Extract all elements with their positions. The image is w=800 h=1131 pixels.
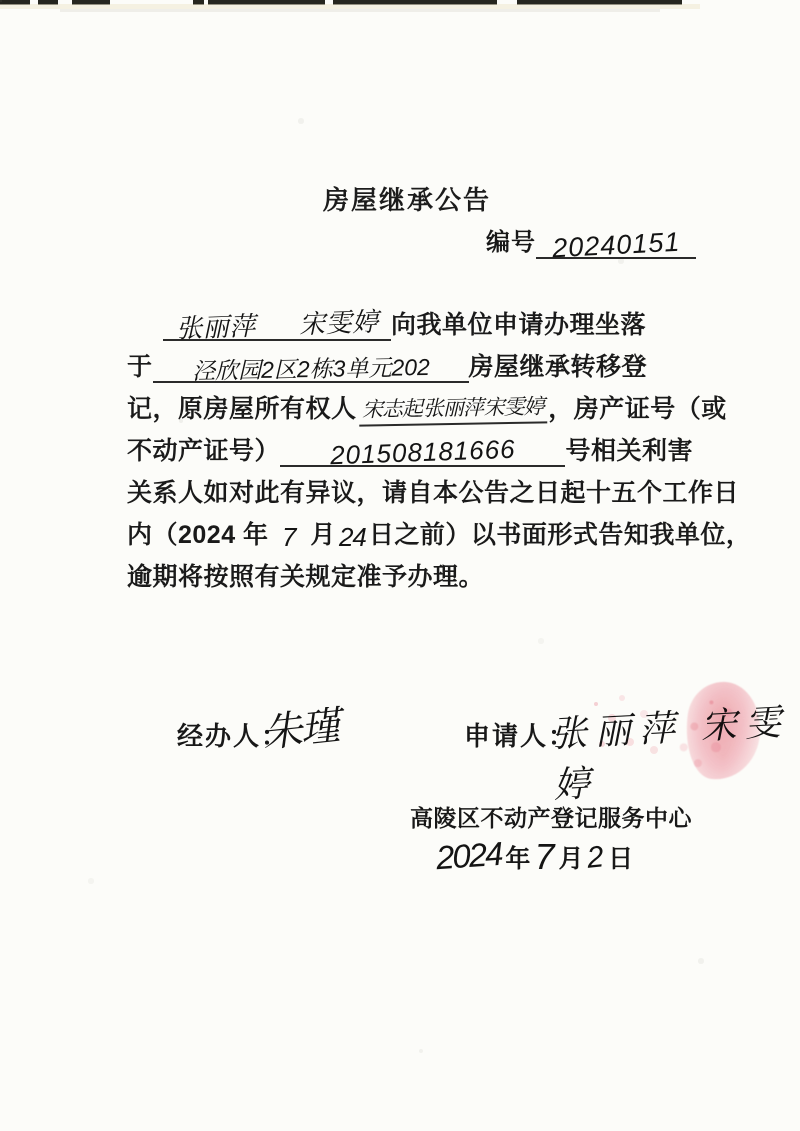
certificate-number-blank: 201508181666 bbox=[280, 434, 565, 467]
body-text: ，房产证号（或 bbox=[548, 389, 727, 425]
body-text: 关系人如对此有异议，请自本公告之日起十五个工作日 bbox=[127, 473, 739, 509]
date-day-handwritten: 2 bbox=[586, 840, 606, 876]
body-text: 逾期将按照有关规定准予办理。 bbox=[127, 557, 484, 593]
body-line-1: 张丽萍 宋雯婷 向我单位申请办理坐落 bbox=[127, 304, 693, 341]
body-text: 月 bbox=[303, 515, 336, 551]
body-line-3: 记，原房屋所有权人 宋志起 张丽萍 宋雯婷 ，房产证号（或 bbox=[127, 388, 693, 425]
body-text: 不动产证号） bbox=[127, 431, 280, 467]
issue-date: 2024 年 7 月 2 日 bbox=[436, 834, 633, 876]
former-owners-handwritten: 宋志起 张丽萍 宋雯婷 bbox=[358, 390, 546, 426]
scanned-document-page: 房屋继承公告 编号 20240151 张丽萍 宋雯婷 向我单位申请办理坐落 于 … bbox=[0, 0, 800, 1131]
issuing-organization: 高陵区不动产登记服务中心 bbox=[410, 800, 692, 833]
body-line-7: 逾期将按照有关规定准予办理。 bbox=[127, 556, 693, 593]
fingerprint-ink-speckles bbox=[594, 702, 598, 706]
body-text: 号相关利害 bbox=[565, 431, 693, 467]
applicants-handwritten: 张丽萍 宋雯婷 bbox=[175, 301, 379, 345]
applicant-signatures: 张丽萍 宋雯婷 bbox=[550, 694, 800, 809]
notice-number-label: 编号 bbox=[486, 222, 536, 259]
body-text: 日之前）以书面形式告知我单位， bbox=[369, 515, 752, 551]
handler-signature: 朱瑾 bbox=[259, 694, 341, 759]
deadline-month-handwritten: 7 bbox=[282, 522, 297, 553]
body-line-4: 不动产证号） 201508181666 号相关利害 bbox=[127, 430, 693, 467]
date-month-handwritten: 7 bbox=[534, 836, 554, 878]
notice-number-value-handwritten: 20240151 bbox=[551, 227, 681, 265]
body-line-2: 于 泾欣园2区2栋3单元202 房屋继承转移登 bbox=[127, 346, 693, 383]
certificate-number-handwritten: 201508181666 bbox=[330, 434, 517, 471]
scan-noise bbox=[0, 0, 2, 2]
body-line-6: 内（2024 年 7 月 24 日之前）以书面形式告知我单位， bbox=[127, 514, 693, 551]
date-year-handwritten: 2024 bbox=[435, 835, 503, 877]
page-title: 房屋继承公告 bbox=[14, 180, 800, 217]
deadline-day-handwritten: 24 bbox=[339, 522, 366, 553]
notice-number-blank: 20240151 bbox=[536, 223, 696, 259]
applicants-blank: 张丽萍 宋雯婷 bbox=[163, 302, 391, 341]
body-line-5: 关系人如对此有异议，请自本公告之日起十五个工作日 bbox=[127, 472, 693, 509]
body-text: 于 bbox=[127, 347, 153, 383]
scan-artifact bbox=[60, 9, 660, 12]
notice-number-row: 编号 20240151 bbox=[486, 222, 696, 259]
body-text: 向我单位申请办理坐落 bbox=[391, 305, 646, 341]
address-blank: 泾欣园2区2栋3单元202 bbox=[153, 348, 469, 383]
date-month-unit: 月 bbox=[558, 839, 583, 875]
date-day-unit: 日 bbox=[608, 839, 633, 875]
date-year-unit: 年 bbox=[505, 839, 530, 875]
address-handwritten: 泾欣园2区2栋3单元202 bbox=[191, 349, 429, 386]
body-text: 记，原房屋所有权人 bbox=[127, 389, 357, 425]
body-text: 房屋继承转移登 bbox=[469, 347, 648, 383]
body-text: 内（2024 年 bbox=[127, 515, 276, 551]
